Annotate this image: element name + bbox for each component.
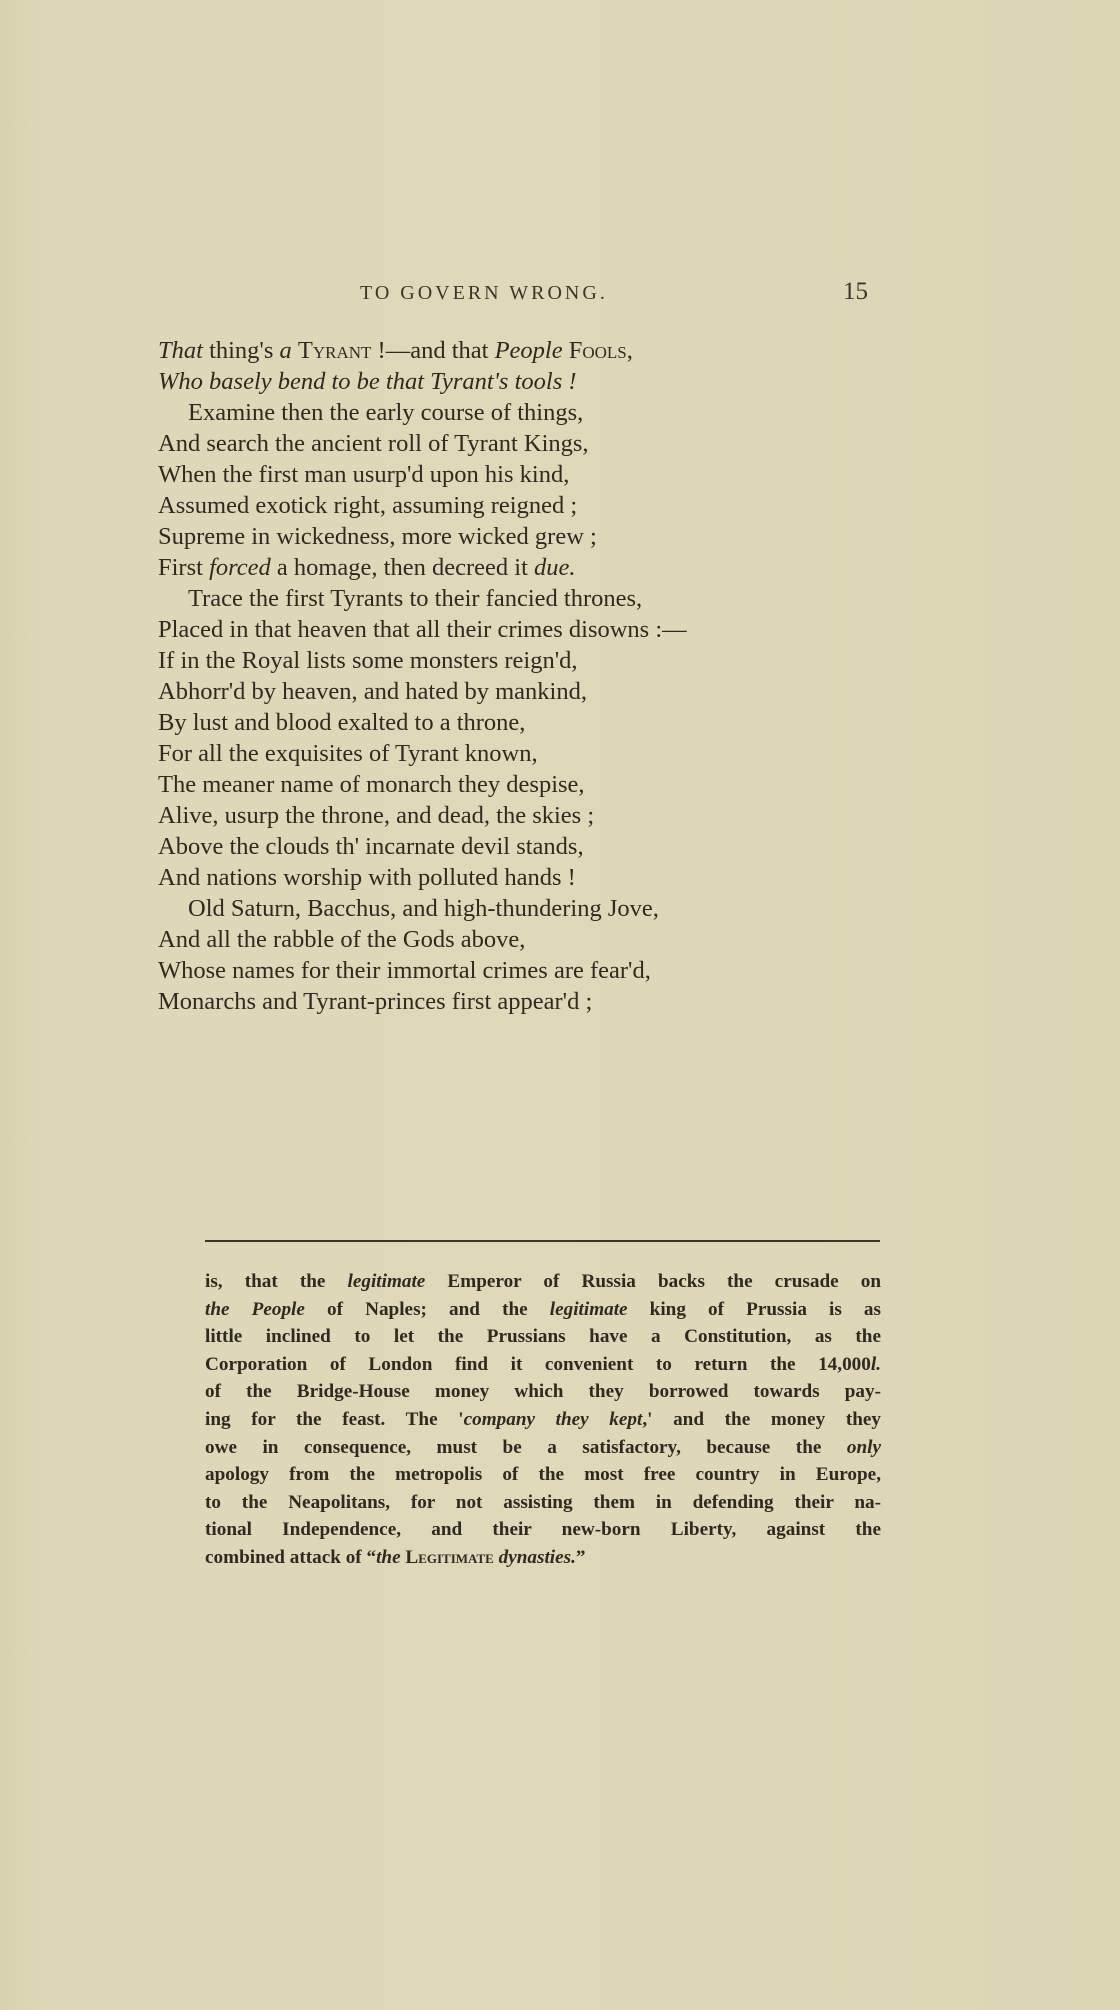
footnote-line: to the Neapolitans, for not assisting th… [205, 1489, 881, 1517]
footnote-line: owe in consequence, must be a satisfacto… [205, 1434, 881, 1462]
text-run: king of Prussia is as [628, 1299, 881, 1320]
text-run: owe in consequence, must be a satisfacto… [205, 1437, 847, 1458]
verse-line: That thing's a Tyrant !—and that People … [158, 335, 878, 366]
verse-line: Above the clouds th' incarnate devil sta… [158, 831, 878, 862]
text-run: little inclined to let the Prussians hav… [205, 1326, 881, 1347]
footnote-line: combined attack of “the Legitimate dynas… [205, 1544, 881, 1572]
footnote-line: tional Independence, and their new-born … [205, 1516, 881, 1544]
text-run: And search the ancient roll of Tyrant Ki… [158, 430, 589, 457]
footnote-line: is, that the legitimate Emperor of Russi… [205, 1268, 881, 1296]
footnote-divider [205, 1240, 880, 1242]
verse-line: And all the rabble of the Gods above, [158, 924, 878, 955]
italic-text: only [847, 1437, 881, 1458]
text-run: , [627, 337, 633, 364]
italic-text: company they kept [464, 1409, 643, 1430]
verse-line: Alive, usurp the throne, and dead, the s… [158, 800, 878, 831]
text-run: Whose names for their immortal crimes ar… [158, 957, 651, 984]
italic-text: due. [534, 554, 576, 581]
text-run: Examine then the early course of things, [188, 399, 583, 426]
text-run: Assumed exotick right, assuming reigned … [158, 492, 577, 519]
text-run: When the first man usurp'd upon his kind… [158, 461, 569, 488]
italic-text: People [495, 337, 563, 364]
verse-line: For all the exquisites of Tyrant known, [158, 738, 878, 769]
footnote-line: little inclined to let the Prussians hav… [205, 1323, 881, 1351]
verse-line: If in the Royal lists some monsters reig… [158, 645, 878, 676]
verse-line: Old Saturn, Bacchus, and high-thundering… [158, 893, 878, 924]
text-run: First [158, 554, 209, 581]
text-run: If in the Royal lists some monsters reig… [158, 647, 578, 674]
text-run: combined attack of “ [205, 1547, 376, 1568]
page-number: 15 [843, 278, 868, 306]
italic-text: dynasties. [499, 1547, 576, 1568]
footnote-line: the People of Naples; and the legitimate… [205, 1296, 881, 1324]
text-run: Corporation of London find it convenient… [205, 1354, 871, 1375]
text-run: of Naples; and the [305, 1299, 550, 1320]
book-page: TO GOVERN WRONG. 15 That thing's a Tyran… [0, 0, 1120, 2010]
italic-text: Who basely bend to be that Tyrant's tool… [158, 368, 577, 395]
verse-line: By lust and blood exalted to a throne, [158, 707, 878, 738]
italic-text: the People [205, 1299, 305, 1320]
small-caps-text: Fools [569, 337, 627, 364]
italic-text: the [376, 1547, 401, 1568]
text-run: apology from the metropolis of the most … [205, 1464, 881, 1485]
text-run: ” [576, 1547, 586, 1568]
text-run: Old Saturn, Bacchus, and high-thundering… [188, 895, 659, 922]
text-run: By lust and blood exalted to a throne, [158, 709, 525, 736]
verse-line: Who basely bend to be that Tyrant's tool… [158, 366, 878, 397]
text-run: Emperor of Russia backs the crusade on [425, 1271, 881, 1292]
text-run: thing's [203, 337, 280, 364]
footnote-line: ing for the feast. The 'company they kep… [205, 1406, 881, 1434]
verse-line: Monarchs and Tyrant-princes first appear… [158, 986, 878, 1017]
text-run: The meaner name of monarch they despise, [158, 771, 585, 798]
text-run: Trace the first Tyrants to their fancied… [188, 585, 642, 612]
text-run: Alive, usurp the throne, and dead, the s… [158, 802, 594, 829]
small-caps-text: Tyrant [298, 337, 372, 364]
verse-line: When the first man usurp'd upon his kind… [158, 459, 878, 490]
verse-line: Abhorr'd by heaven, and hated by mankind… [158, 676, 878, 707]
verse-line: Supreme in wickedness, more wicked grew … [158, 521, 878, 552]
text-run: Monarchs and Tyrant-princes first appear… [158, 988, 592, 1015]
text-run: tional Independence, and their new-born … [205, 1519, 881, 1540]
italic-text: l. [871, 1354, 881, 1375]
italic-text: legitimate [348, 1271, 426, 1292]
footnote-body: is, that the legitimate Emperor of Russi… [205, 1268, 881, 1572]
italic-text: a [280, 337, 292, 364]
text-run: of the Bridge-House money which they bor… [205, 1381, 881, 1402]
verse-line: First forced a homage, then decreed it d… [158, 552, 878, 583]
verse-line: Trace the first Tyrants to their fancied… [158, 583, 878, 614]
text-run: And nations worship with polluted hands … [158, 864, 576, 891]
footnote-line: of the Bridge-House money which they bor… [205, 1378, 881, 1406]
text-run: to the Neapolitans, for not assisting th… [205, 1492, 881, 1513]
text-run: a homage, then decreed it [271, 554, 534, 581]
verse-line: And search the ancient roll of Tyrant Ki… [158, 428, 878, 459]
text-run: Abhorr'd by heaven, and hated by mankind… [158, 678, 587, 705]
italic-text: forced [209, 554, 271, 581]
footnote-line: Corporation of London find it convenient… [205, 1351, 881, 1379]
verse-line: The meaner name of monarch they despise, [158, 769, 878, 800]
text-run: ing for the feast. The ' [205, 1409, 464, 1430]
text-run: Placed in that heaven that all their cri… [158, 616, 687, 643]
text-run: And all the rabble of the Gods above, [158, 926, 525, 953]
verse-line: Examine then the early course of things, [158, 397, 878, 428]
text-run: ,' and the money they [642, 1409, 881, 1430]
verse-line: Whose names for their immortal crimes ar… [158, 955, 878, 986]
text-run: Supreme in wickedness, more wicked grew … [158, 523, 597, 550]
verse-line: And nations worship with polluted hands … [158, 862, 878, 893]
verse-line: Assumed exotick right, assuming reigned … [158, 490, 878, 521]
verse-line: Placed in that heaven that all their cri… [158, 614, 878, 645]
small-caps-text: Legitimate [405, 1547, 493, 1568]
verse-body: That thing's a Tyrant !—and that People … [158, 335, 878, 1017]
text-run: Above the clouds th' incarnate devil sta… [158, 833, 584, 860]
italic-text: legitimate [550, 1299, 628, 1320]
text-run: is, that the [205, 1271, 348, 1292]
italic-text: That [158, 337, 203, 364]
running-title: TO GOVERN WRONG. [360, 282, 608, 305]
text-run: For all the exquisites of Tyrant known, [158, 740, 538, 767]
footnote-line: apology from the metropolis of the most … [205, 1461, 881, 1489]
running-head: TO GOVERN WRONG. 15 [160, 278, 880, 312]
text-run: !—and that [371, 337, 494, 364]
